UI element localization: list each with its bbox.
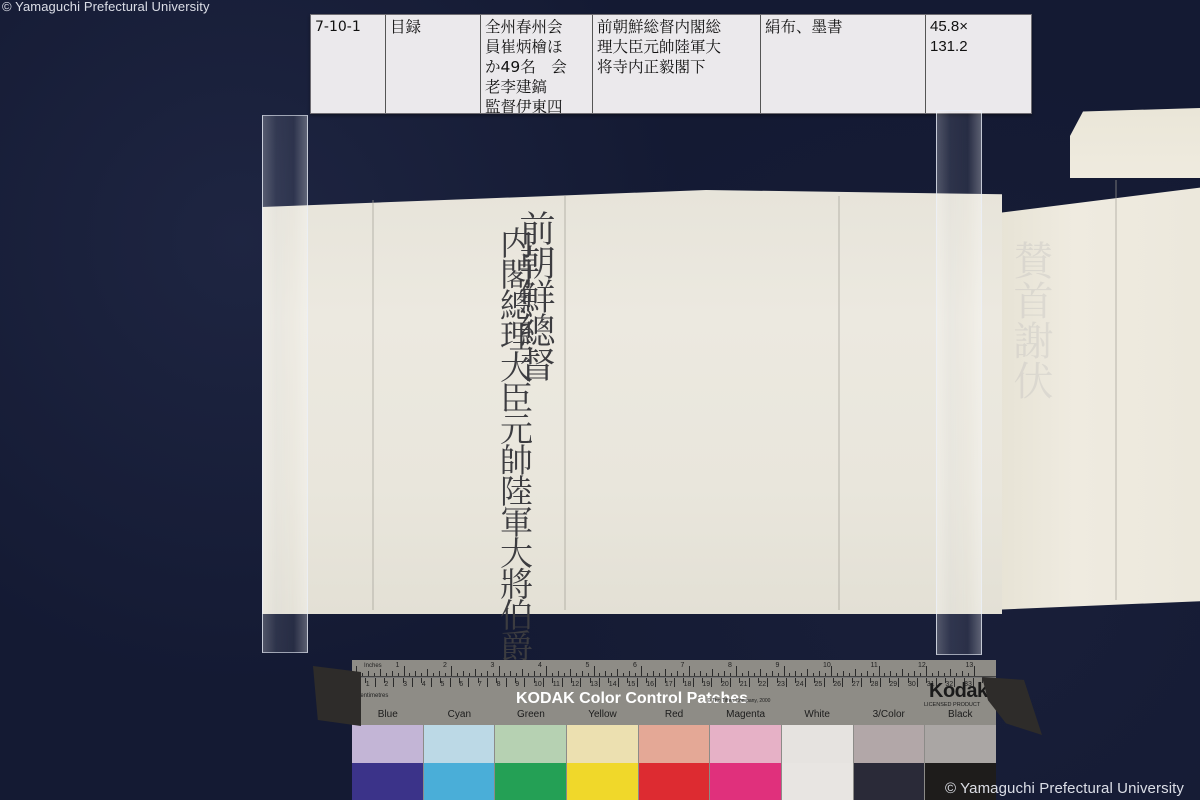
fold-line (372, 200, 374, 610)
patch-labels: Blue Cyan Green Yellow Red Magenta White… (352, 709, 996, 725)
cm-number: 22 (758, 681, 766, 688)
catalog-type: 目録 (386, 15, 481, 113)
patch-dark (782, 763, 853, 800)
catalog-size: 45.8× 131.2 (926, 15, 1031, 113)
patch-label: Green (495, 709, 567, 725)
patch-label: Black (925, 709, 997, 725)
color-patch-magenta (710, 725, 782, 800)
faint-inscription: 賛首謝伏 (1000, 240, 1060, 400)
patch-light (710, 725, 781, 763)
color-patch-red (639, 725, 711, 800)
cm-number: 25 (815, 681, 823, 688)
patch-dark (352, 763, 423, 800)
cm-number: 9 (515, 681, 519, 688)
copyright-watermark-bottom: © Yamaguchi Prefectural University (945, 780, 1184, 797)
cm-number: 13 (590, 681, 598, 688)
patch-label: White (781, 709, 853, 725)
fold-line (838, 196, 840, 610)
inscription-line-2: 内閣總理大臣元帥陸軍大將伯爵寺 (494, 226, 534, 691)
inch-number: 12 (918, 662, 926, 669)
cm-number: 3 (403, 681, 407, 688)
patch-light (925, 725, 996, 763)
inch-number: 7 (681, 662, 685, 669)
patch-dark (639, 763, 710, 800)
cm-number: 19 (702, 681, 710, 688)
patch-light (639, 725, 710, 763)
color-patch-blue (352, 725, 424, 800)
catalog-id: 7-10-1 (311, 15, 386, 113)
cm-number: 15 (628, 681, 636, 688)
cm-number: 6 (459, 681, 463, 688)
patch-light (854, 725, 925, 763)
color-patches (352, 725, 996, 800)
licensed-product-text: LICENSED PRODUCT (924, 702, 980, 708)
inch-number: 1 (396, 662, 400, 669)
inch-number: 5 (586, 662, 590, 669)
cm-number: 7 (478, 681, 482, 688)
cm-number: 26 (833, 681, 841, 688)
copyright-watermark-top: © Yamaguchi Prefectural University (2, 0, 210, 14)
tape-piece-left (313, 666, 361, 726)
cm-number: 20 (721, 681, 729, 688)
inch-number: 9 (776, 662, 780, 669)
patch-light (352, 725, 423, 763)
cm-number: 23 (777, 681, 785, 688)
catalog-label: 7-10-1 目録 全州春州会 員崔炳檜ほ か49名 会 老李建鎬 監督伊東四 … (310, 14, 1032, 114)
cm-number: 14 (609, 681, 617, 688)
patch-light (567, 725, 638, 763)
cm-number: 8 (497, 681, 501, 688)
color-patch-yellow (567, 725, 639, 800)
cm-number: 28 (871, 681, 879, 688)
cm-number: 4 (422, 681, 426, 688)
cm-number: 17 (665, 681, 673, 688)
patch-light (782, 725, 853, 763)
inch-number: 11 (871, 662, 878, 669)
color-patch-green (495, 725, 567, 800)
cm-number: 5 (441, 681, 445, 688)
fold-line (564, 196, 566, 610)
cm-number: 10 (534, 681, 542, 688)
inch-number: 4 (538, 662, 542, 669)
catalog-recipient: 前朝鮮総督内閣総 理大臣元帥陸軍大 将寺内正毅閣下 (593, 15, 761, 113)
inch-number: 13 (966, 662, 974, 669)
patch-dark (854, 763, 925, 800)
patch-dark (424, 763, 495, 800)
patch-dark (710, 763, 781, 800)
patch-label: Red (638, 709, 710, 725)
patch-label: Yellow (567, 709, 639, 725)
catalog-author: 全州春州会 員崔炳檜ほ か49名 会 老李建鎬 監督伊東四 (481, 15, 593, 113)
kodak-color-chart: Inches Centimetres 123456789101112131234… (352, 660, 996, 800)
cm-number: 2 (384, 681, 388, 688)
rolled-scroll-end (1070, 108, 1200, 178)
patch-dark (495, 763, 566, 800)
cm-number: 21 (740, 681, 748, 688)
patch-light (495, 725, 566, 763)
cm-number: 27 (852, 681, 860, 688)
catalog-material: 絹布、墨書 (761, 15, 926, 113)
acrylic-weight-right (936, 110, 982, 655)
kodak-logo: Kodak (929, 680, 988, 703)
cm-number: 16 (646, 681, 654, 688)
patch-light (424, 725, 495, 763)
patch-label: Blue (352, 709, 424, 725)
cm-number: 11 (553, 681, 560, 688)
cm-number: 12 (571, 681, 579, 688)
inch-number: 8 (728, 662, 732, 669)
cm-number: 24 (796, 681, 804, 688)
color-patch-cyan (424, 725, 496, 800)
patch-label: 3/Color (853, 709, 925, 725)
acrylic-weight-left (262, 115, 308, 653)
patch-label: Cyan (424, 709, 496, 725)
fold-line (1115, 180, 1117, 600)
cm-number: 18 (684, 681, 692, 688)
chart-copyright: © The Tiffen Company, 2000 (707, 698, 770, 704)
cm-number: 1 (366, 681, 370, 688)
cm-number: 30 (908, 681, 916, 688)
inch-number: 6 (633, 662, 637, 669)
patch-dark (567, 763, 638, 800)
inch-number: 10 (823, 662, 831, 669)
color-patch-3color (854, 725, 926, 800)
inch-number: 3 (491, 662, 495, 669)
color-patch-white (782, 725, 854, 800)
cm-number: 29 (889, 681, 897, 688)
inch-number: 2 (443, 662, 447, 669)
patch-label: Magenta (710, 709, 782, 725)
